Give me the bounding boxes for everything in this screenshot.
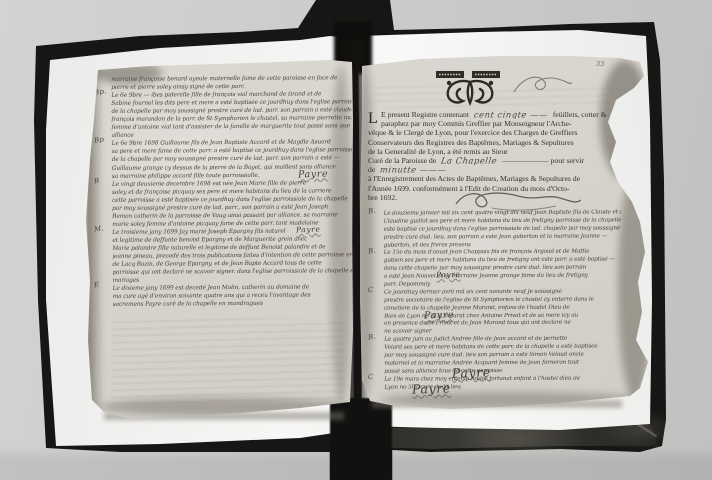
folio-number: 33 bbox=[596, 60, 604, 68]
entry-type-margin-mark: B. bbox=[367, 333, 376, 342]
printed-form-line: Curé de la Paroisse de La Chapelle —————… bbox=[368, 156, 626, 165]
printed-form-line: paraphez par moy Commis Greffier par Mon… bbox=[368, 119, 626, 128]
printed-text: Curé de la Paroisse de bbox=[368, 156, 438, 165]
printed-text: Conservateurs des Registres des Baptêmes… bbox=[368, 138, 574, 147]
spine-tail-shadow bbox=[330, 398, 392, 480]
entry-type-margin-mark: B. bbox=[367, 206, 376, 215]
printed-form-line: vêque & le Clergé de Lyon, pour l'exerci… bbox=[368, 128, 626, 137]
cure-signature: Payre bbox=[436, 270, 461, 280]
entry-type-margin-mark: B bbox=[93, 176, 100, 185]
entry-type-margin-mark: B. bbox=[367, 246, 376, 255]
manuscript-line: a esté Jean Nouvel et sa marraine Jeanne… bbox=[384, 273, 622, 282]
entry-type-margin-mark: M. bbox=[93, 224, 104, 233]
woodcut-headpiece-ornament bbox=[430, 70, 510, 112]
printed-text: vêque & le Clergé de Lyon, pour l'exerci… bbox=[368, 128, 577, 137]
manuscript-line: prestre societaire de l'eglise de St Sym… bbox=[384, 296, 622, 305]
entry-type-margin-mark: E bbox=[93, 281, 99, 290]
entry-type-margin-mark: C bbox=[367, 373, 374, 382]
printed-text: bre 1692. bbox=[368, 193, 397, 202]
printed-form-line: Conservateurs des Registres des Baptêmes… bbox=[368, 138, 626, 147]
printed-text: paraphez par moy Commis Greffier par Mon… bbox=[381, 119, 571, 128]
handwritten-fill: minutte ——— bbox=[376, 166, 450, 175]
printed-text: feüillets, cotter & bbox=[551, 110, 607, 119]
printed-form-line: E present Registre contenant cent cinqte… bbox=[368, 110, 626, 119]
cure-signature: Payre bbox=[424, 309, 455, 321]
ink-showthrough bbox=[112, 318, 344, 404]
manuscript-line: prestre curé dud. lieu, son parrain a es… bbox=[384, 233, 622, 242]
printed-text: à l'Enregistrement des Actes de Baptêmes… bbox=[368, 174, 580, 183]
handwritten-fill: cent cinqte —— bbox=[470, 110, 551, 119]
printed-form-line: de la Generalité de Lyon, a été remis au… bbox=[368, 147, 626, 156]
printed-form-line: de minutte ——— bbox=[368, 165, 626, 174]
entry-type-margin-mark: C bbox=[367, 286, 374, 295]
printed-text: de la Generalité de Lyon, a été remis au… bbox=[368, 147, 508, 156]
printed-text: E present Registre contenant bbox=[381, 110, 471, 119]
right-page-handwriting: Le douzieme janvier mil six cent quatre … bbox=[384, 209, 623, 392]
manuscript-line: sacremens Payre curé de la chapelle en m… bbox=[113, 299, 353, 309]
cure-signature: Payre bbox=[296, 225, 321, 235]
cure-signature: Payre bbox=[452, 364, 491, 380]
archival-photo-scene: { "colors":{ "background":"#cbcbc9","cov… bbox=[0, 0, 712, 480]
printed-text: —————— pour servir bbox=[500, 156, 584, 165]
ink-flourish-pen-trial bbox=[512, 72, 574, 102]
cure-signature: Payre bbox=[412, 380, 451, 396]
handwritten-fill: La Chapelle bbox=[437, 156, 500, 165]
cure-signature: Payre bbox=[298, 168, 329, 180]
left-page-handwriting: marraine françoise benard ayeule materne… bbox=[111, 74, 353, 309]
printed-form-line: à l'Enregistrement des Actes de Baptêmes… bbox=[368, 174, 626, 183]
